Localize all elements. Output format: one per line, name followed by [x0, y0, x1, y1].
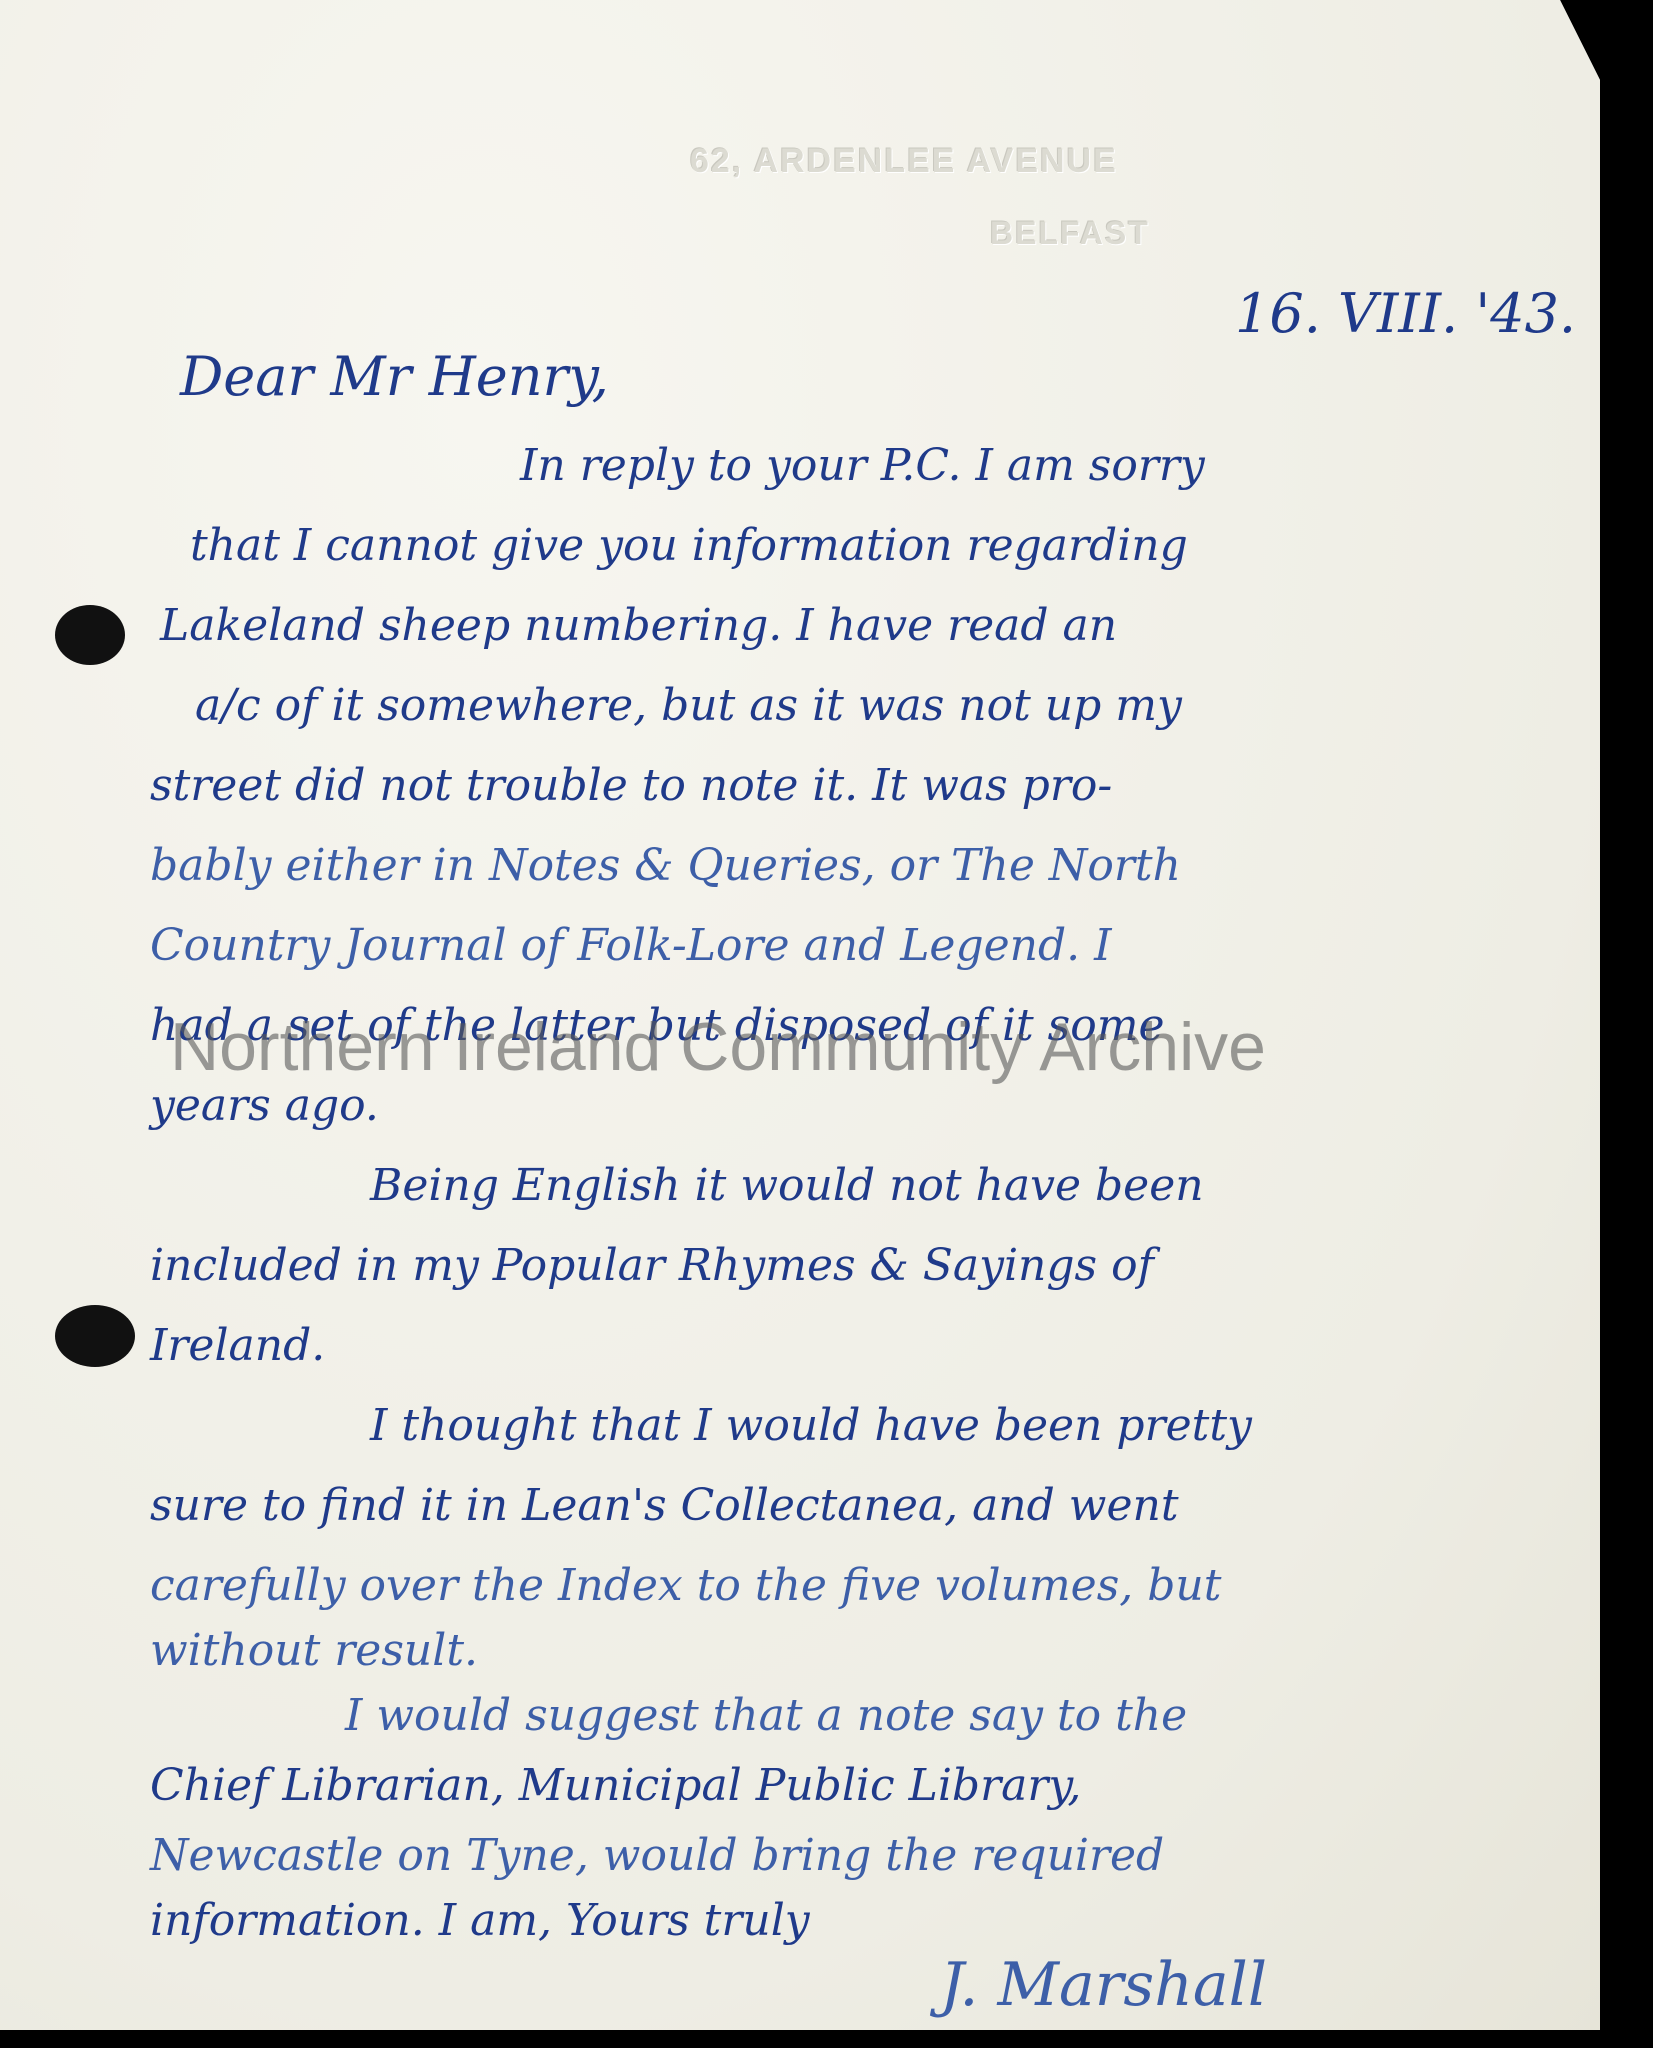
body-line: a/c of it somewhere, but as it was not u… [195, 680, 1182, 731]
letterhead-city: BELFAST [990, 215, 1150, 252]
body-line: bably either in Notes & Queries, or The … [150, 840, 1181, 891]
page-edge [1600, 0, 1653, 2048]
body-line: without result. [150, 1625, 478, 1676]
body-line: years ago. [150, 1080, 379, 1131]
body-line: Chief Librarian, Municipal Public Librar… [150, 1760, 1081, 1811]
body-line: Being English it would not have been [370, 1160, 1204, 1211]
body-line: In reply to your P.C. I am sorry [520, 440, 1205, 491]
letterhead-address: 62, ARDENLEE AVENUE [690, 142, 1118, 181]
body-line: Ireland. [150, 1320, 325, 1371]
signature: J. Marshall [940, 1950, 1267, 2020]
body-line: sure to find it in Lean's Collectanea, a… [150, 1480, 1179, 1531]
punch-hole-top [55, 605, 125, 665]
body-line: that I cannot give you information regar… [190, 520, 1188, 571]
body-line: Newcastle on Tyne, would bring the requi… [150, 1830, 1164, 1881]
body-line: Country Journal of Folk-Lore and Legend.… [150, 920, 1112, 971]
body-line: information. I am, Yours truly [150, 1895, 810, 1946]
body-line: carefully over the Index to the five vol… [150, 1560, 1221, 1611]
body-line: I thought that I would have been pretty [370, 1400, 1252, 1451]
salutation: Dear Mr Henry, [180, 345, 609, 408]
body-line: I would suggest that a note say to the [345, 1690, 1187, 1741]
punch-hole-bottom [55, 1305, 135, 1367]
archive-watermark: Northern Ireland Community Archive [170, 1008, 1266, 1086]
letter-date: 16. VIII. '43. [1235, 282, 1576, 345]
body-line: Lakeland sheep numbering. I have read an [160, 600, 1117, 651]
body-line: included in my Popular Rhymes & Sayings … [150, 1240, 1154, 1291]
body-line: street did not trouble to note it. It wa… [150, 760, 1112, 811]
scan-border [0, 2030, 1653, 2048]
